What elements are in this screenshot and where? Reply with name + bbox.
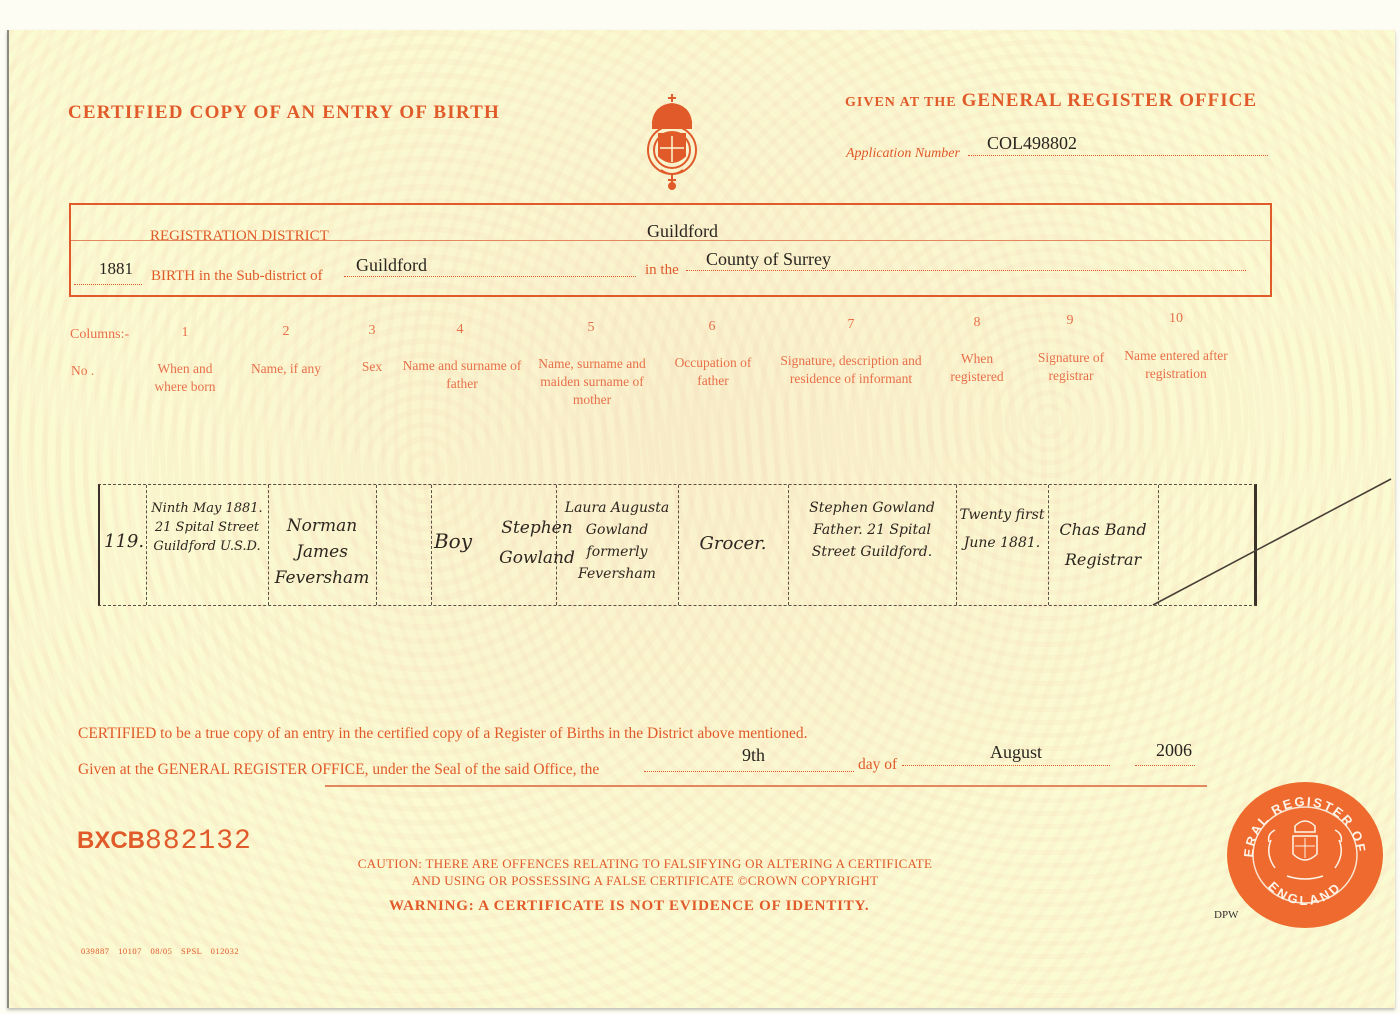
column-number-9: 9	[1060, 313, 1080, 329]
year-line	[74, 284, 142, 285]
entry-divider	[678, 485, 679, 605]
certification-rule	[325, 785, 1207, 787]
column-number-2: 2	[276, 324, 296, 340]
column-header-7: Signature, description and residence of …	[771, 352, 931, 388]
registration-district-value: Guildford	[647, 221, 718, 242]
entry-mother: Laura Augusta Gowland formerly Feversham	[558, 497, 676, 585]
entry-registrar-signature: Chas Band Registrar	[1050, 515, 1156, 575]
subdistrict-label: BIRTH in the Sub-district of	[151, 268, 323, 285]
given-at-statement: Given at the GENERAL REGISTER OFFICE, un…	[78, 761, 599, 779]
entry-sex: Boy	[433, 531, 473, 552]
column-header-5: Name, surname and maiden surname of moth…	[531, 355, 653, 409]
application-number-value: COL498802	[987, 133, 1077, 154]
serial-prefix: BXCB	[77, 827, 145, 854]
column-number-6: 6	[702, 319, 722, 335]
office-title-prefix: GIVEN AT THE	[845, 95, 957, 110]
entry-number: 119.	[104, 531, 144, 552]
subdistrict-line	[344, 276, 636, 277]
certificate-paper: CERTIFIED COPY OF AN ENTRY OF BIRTH GIVE…	[7, 30, 1395, 1008]
column-number-5: 5	[581, 320, 601, 336]
entry-divider	[788, 485, 789, 605]
caution-line-1: CAUTION: THERE ARE OFFENCES RELATING TO …	[325, 855, 965, 872]
certification-month: August	[990, 742, 1042, 763]
application-number-label: Application Number	[846, 146, 960, 162]
entry-informant: Stephen Gowland Father. 21 Spital Street…	[790, 497, 954, 563]
entry-divider	[268, 485, 269, 605]
entry-when-where-born: Ninth May 1881. 21 Spital Street Guildfo…	[148, 499, 266, 556]
day-of-label: day of	[858, 756, 897, 774]
entry-name: Norman James Feversham	[270, 513, 374, 591]
county-line	[686, 270, 1246, 271]
in-the-label: in the	[645, 262, 679, 279]
column-number-8: 8	[967, 315, 987, 331]
entry-row: 119. Ninth May 1881. 21 Spital Street Gu…	[98, 484, 1257, 606]
column-number-4: 4	[450, 322, 470, 338]
caution-text: CAUTION: THERE ARE OFFENCES RELATING TO …	[325, 855, 965, 889]
entry-divider	[1048, 485, 1049, 605]
column-header-1: When and where born	[145, 360, 225, 396]
entry-divider	[431, 485, 432, 605]
general-register-office-seal-icon: GENERAL REGISTER OFFICE ✕ ENGLAND ✕	[1225, 780, 1385, 930]
caution-line-2: AND USING OR POSSESSING A FALSE CERTIFIC…	[325, 872, 965, 889]
dpw-mark: DPW	[1214, 909, 1238, 921]
identity-warning: WARNING: A CERTIFICATE IS NOT EVIDENCE O…	[389, 898, 869, 915]
certificate-serial: BXCB882132	[77, 826, 252, 857]
subdistrict-value: Guildford	[356, 255, 427, 276]
entry-divider	[376, 485, 377, 605]
entry-when-registered: Twenty first June 1881.	[958, 501, 1046, 557]
columns-label: Columns:-	[70, 327, 129, 343]
column-number-1: 1	[175, 325, 195, 341]
serial-number: 882132	[145, 826, 252, 857]
office-title: GIVEN AT THE GENERAL REGISTER OFFICE	[845, 90, 1257, 112]
royal-crest-icon	[639, 92, 705, 192]
column-number-3: 3	[362, 323, 382, 339]
application-number-line	[968, 154, 1268, 156]
registration-year: 1881	[99, 259, 133, 279]
column-header-4: Name and surname of father	[402, 357, 522, 393]
certification-day: 9th	[742, 745, 765, 766]
county-value: County of Surrey	[706, 249, 831, 270]
certification-year: 2006	[1156, 740, 1192, 761]
column-header-6: Occupation of father	[671, 354, 755, 390]
form-codes: 039887 10107 08/05 SPSL 012032	[81, 946, 239, 956]
column-header-3: Sex	[352, 358, 392, 376]
column-header-2: Name, if any	[241, 360, 331, 378]
entry-occupation: Grocer.	[680, 533, 786, 554]
entry-divider	[956, 485, 957, 605]
year-line	[1135, 765, 1195, 766]
column-number-7: 7	[841, 317, 861, 333]
no-column-label: No .	[71, 362, 94, 380]
certification-statement: CERTIFIED to be a true copy of an entry …	[78, 725, 808, 743]
office-title-main: GENERAL REGISTER OFFICE	[962, 90, 1257, 111]
column-number-10: 10	[1164, 311, 1188, 327]
registration-district-label: REGISTRATION DISTRICT	[150, 228, 329, 245]
entry-divider	[146, 485, 147, 605]
column-header-8: When registered	[945, 350, 1009, 386]
column-header-10: Name entered after registration	[1123, 347, 1229, 383]
day-line	[644, 771, 854, 772]
certificate-title: CERTIFIED COPY OF AN ENTRY OF BIRTH	[68, 102, 500, 124]
cancellation-line	[1149, 475, 1395, 610]
month-line	[902, 765, 1110, 766]
column-header-9: Signature of registrar	[1031, 349, 1111, 385]
